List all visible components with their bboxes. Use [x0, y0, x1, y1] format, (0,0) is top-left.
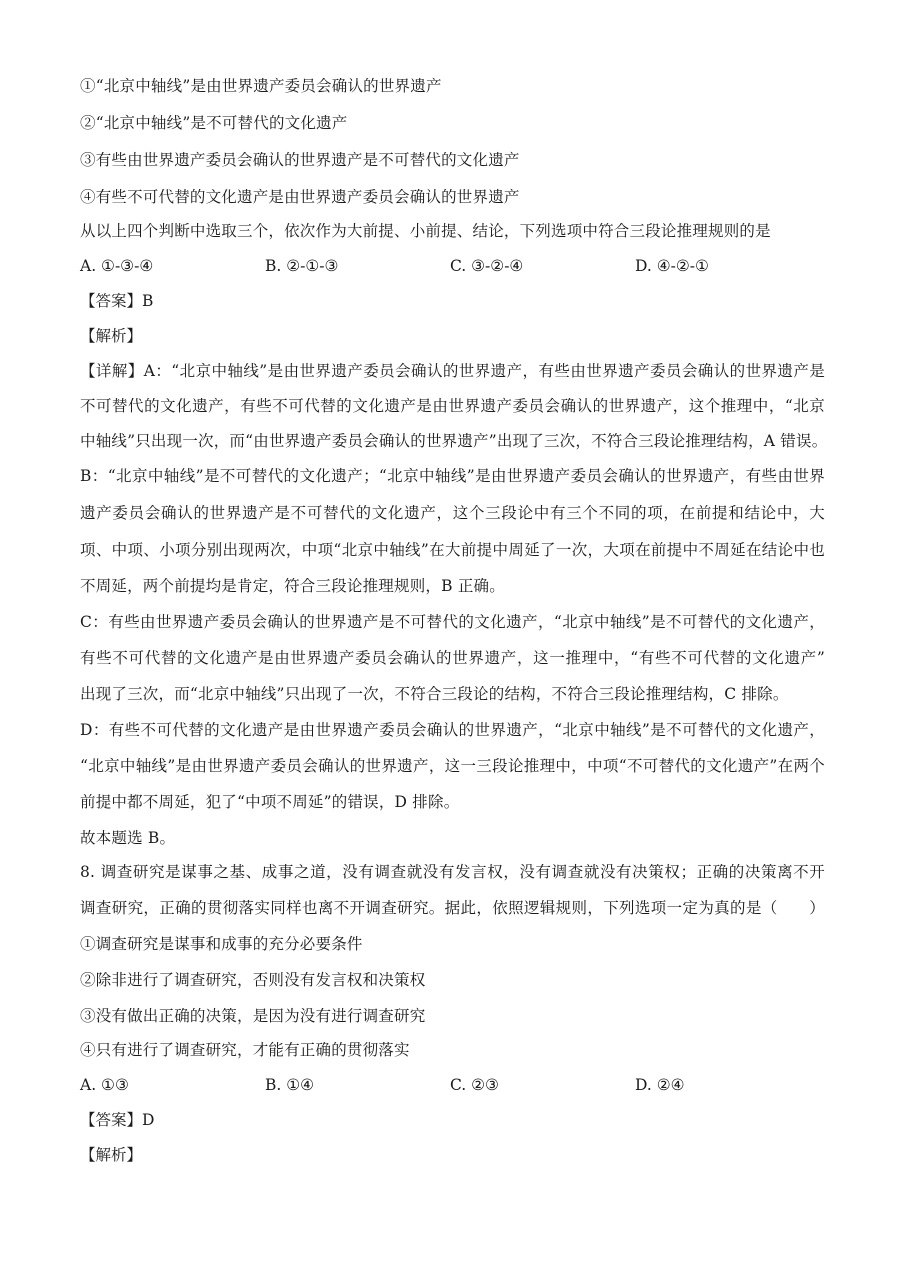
q7-statement-1: ①“北京中轴线”是由世界遗产委员会确认的世界遗产	[80, 76, 442, 96]
q7-prompt: 从以上四个判断中选取三个，依次作为大前提、小前提、结论，下列选项中符合三段论推理…	[80, 221, 771, 241]
q7-option-b: B. ②-①-③	[265, 256, 338, 276]
q8-statement-1: ①调查研究是谋事和成事的充分必要条件	[80, 934, 363, 954]
q8-statement-2: ②除非进行了调查研究，否则没有发言权和决策权	[80, 970, 425, 990]
q8-stem-line: 调查研究，正确的贯彻落实同样也离不开调查研究。据此，依照逻辑规则，下列选项一定为…	[80, 898, 825, 918]
q7-detail-line: 中轴线”只出现一次，而“由世界遗产委员会确认的世界遗产”出现了三次，不符合三段论…	[80, 431, 825, 451]
q8-analysis-heading: 【解析】	[80, 1145, 142, 1165]
q7-answer: 【答案】B	[80, 291, 153, 311]
q7-detail-line: C：有些由世界遗产委员会确认的世界遗产是不可替代的文化遗产，“北京中轴线”是不可…	[80, 612, 825, 632]
q8-option-c: C. ②③	[450, 1075, 499, 1095]
q7-conclusion: 故本题选 B。	[80, 828, 175, 848]
q7-detail-line: 有些不可代替的文化遗产是由世界遗产委员会确认的世界遗产，这一推理中，“有些不可代…	[80, 648, 825, 668]
q7-detail-line: D：有些不可代替的文化遗产是由世界遗产委员会确认的世界遗产，“北京中轴线”是不可…	[80, 720, 825, 740]
q7-detail-line: 遗产委员会确认的世界遗产是不可替代的文化遗产，这个三段论中有三个不同的项，在前提…	[80, 503, 825, 523]
q7-statement-4: ④有些不可代替的文化遗产是由世界遗产委员会确认的世界遗产	[80, 187, 520, 207]
q7-option-d: D. ④-②-①	[635, 256, 709, 276]
q7-detail-line: 项、中项、小项分别出现两次，中项“北京中轴线”在大前提中周延了一次，大项在前提中…	[80, 540, 825, 560]
q7-options: A. ①-③-④ B. ②-①-③ C. ③-②-④ D. ④-②-①	[80, 256, 830, 276]
q7-option-c: C. ③-②-④	[450, 256, 523, 276]
q7-statement-2: ②“北京中轴线”是不可替代的文化遗产	[80, 113, 347, 133]
q7-detail-line: 出现了三次，而“北京中轴线”只出现了一次，不符合三段论的结构，不符合三段论推理结…	[80, 684, 789, 704]
q7-detail-line: 前提中都不周延，犯了“中项不周延”的错误，D 排除。	[80, 792, 459, 812]
q8-answer: 【答案】D	[80, 1110, 154, 1130]
q7-statement-3: ③有些由世界遗产委员会确认的世界遗产是不可替代的文化遗产	[80, 150, 520, 170]
q8-options: A. ①③ B. ①④ C. ②③ D. ②④	[80, 1075, 830, 1095]
q7-detail-line: “北京中轴线”是由世界遗产委员会确认的世界遗产，这一三段论推理中，中项“不可替代…	[80, 756, 825, 776]
q7-option-a: A. ①-③-④	[80, 256, 153, 276]
q7-detail-line: 不周延，两个前提均是肯定，符合三段论推理规则，B 正确。	[80, 576, 505, 596]
q8-stem-line: 8. 调查研究是谋事之基、成事之道，没有调查就没有发言权，没有调查就没有决策权；…	[80, 862, 825, 882]
q8-statement-3: ③没有做出正确的决策，是因为没有进行调查研究	[80, 1006, 425, 1026]
q8-option-d: D. ②④	[635, 1075, 685, 1095]
q8-option-a: A. ①③	[80, 1075, 129, 1095]
q7-detail-line: 【详解】A：“北京中轴线”是由世界遗产委员会确认的世界遗产，有些由世界遗产委员会…	[80, 361, 825, 381]
q8-statement-4: ④只有进行了调查研究，才能有正确的贯彻落实	[80, 1040, 410, 1060]
q7-analysis-heading: 【解析】	[80, 326, 142, 346]
q7-detail-line: 不可替代的文化遗产，有些不可代替的文化遗产是由世界遗产委员会确认的世界遗产，这个…	[80, 396, 825, 416]
q8-option-b: B. ①④	[265, 1075, 314, 1095]
q7-detail-line: B：“北京中轴线”是不可替代的文化遗产；“北京中轴线”是由世界遗产委员会确认的世…	[80, 466, 825, 486]
